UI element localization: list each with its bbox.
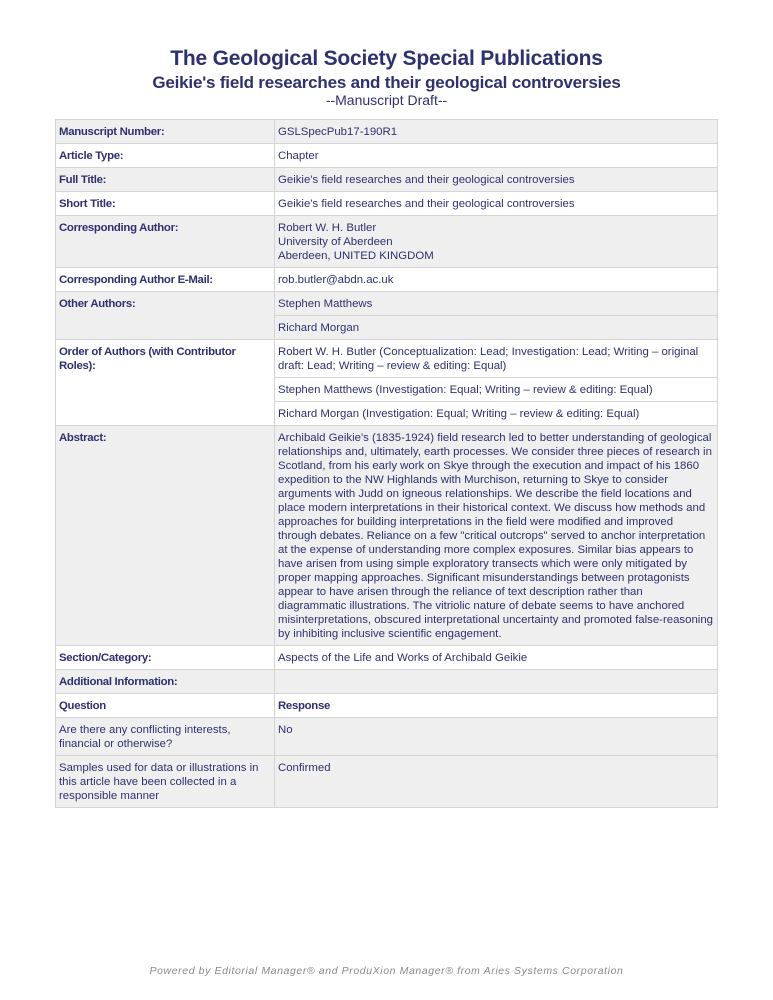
field-label: Section/Category: xyxy=(56,646,275,670)
field-label: Corresponding Author E-Mail: xyxy=(56,268,275,292)
response-text: No xyxy=(275,718,718,756)
field-label: Article Type: xyxy=(56,144,275,168)
section-category-value: Aspects of the Life and Works of Archiba… xyxy=(275,646,718,670)
field-label: Short Title: xyxy=(56,192,275,216)
article-type-value: Chapter xyxy=(275,144,718,168)
author-order-item: Richard Morgan (Investigation: Equal; Wr… xyxy=(275,402,718,426)
field-label: Corresponding Author: xyxy=(56,216,275,268)
row-full-title: Full Title: Geikie's field researches an… xyxy=(56,168,718,192)
row-corresponding-author: Corresponding Author: Robert W. H. Butle… xyxy=(56,216,718,268)
row-section-category: Section/Category: Aspects of the Life an… xyxy=(56,646,718,670)
row-manuscript-number: Manuscript Number: GSLSpecPub17-190R1 xyxy=(56,120,718,144)
question-text: Are there any conflicting interests, fin… xyxy=(56,718,275,756)
full-title-value: Geikie's field researches and their geol… xyxy=(275,168,718,192)
manuscript-number-value: GSLSpecPub17-190R1 xyxy=(275,120,718,144)
row-question: Samples used for data or illustrations i… xyxy=(56,756,718,808)
row-corresponding-email: Corresponding Author E-Mail: rob.butler@… xyxy=(56,268,718,292)
row-short-title: Short Title: Geikie's field researches a… xyxy=(56,192,718,216)
author-name: Robert W. H. Butler xyxy=(278,221,714,235)
draft-label: --Manuscript Draft-- xyxy=(0,93,773,108)
journal-title: The Geological Society Special Publicati… xyxy=(0,46,773,72)
response-column-header: Response xyxy=(275,694,718,718)
field-label: Additional Information: xyxy=(56,670,275,694)
short-title-value: Geikie's field researches and their geol… xyxy=(275,192,718,216)
abstract-value: Archibald Geikie's (1835-1924) field res… xyxy=(275,426,718,646)
author-institution: University of Aberdeen xyxy=(278,235,714,249)
author-order-item: Stephen Matthews (Investigation: Equal; … xyxy=(275,378,718,402)
row-question-header: Question Response xyxy=(56,694,718,718)
row-abstract: Abstract: Archibald Geikie's (1835-1924)… xyxy=(56,426,718,646)
other-author-item: Stephen Matthews xyxy=(275,292,718,316)
row-additional-information: Additional Information: xyxy=(56,670,718,694)
question-column-header: Question xyxy=(56,694,275,718)
response-text: Confirmed xyxy=(275,756,718,808)
additional-information-value xyxy=(275,670,718,694)
corresponding-author-value: Robert W. H. Butler University of Aberde… xyxy=(275,216,718,268)
corresponding-email-value: rob.butler@abdn.ac.uk xyxy=(275,268,718,292)
powered-by-footer: Powered by Editorial Manager® and ProduX… xyxy=(0,965,773,977)
row-other-authors: Other Authors: Stephen Matthews xyxy=(56,292,718,316)
author-order-item: Robert W. H. Butler (Conceptualization: … xyxy=(275,340,718,378)
field-label: Full Title: xyxy=(56,168,275,192)
field-label: Other Authors: xyxy=(56,292,275,340)
field-label: Manuscript Number: xyxy=(56,120,275,144)
document-header: The Geological Society Special Publicati… xyxy=(0,46,773,108)
row-article-type: Article Type: Chapter xyxy=(56,144,718,168)
question-text: Samples used for data or illustrations i… xyxy=(56,756,275,808)
row-order-of-authors: Order of Authors (with Contributor Roles… xyxy=(56,340,718,378)
row-question: Are there any conflicting interests, fin… xyxy=(56,718,718,756)
other-author-item: Richard Morgan xyxy=(275,316,718,340)
author-location: Aberdeen, UNITED KINGDOM xyxy=(278,249,714,263)
field-label: Order of Authors (with Contributor Roles… xyxy=(56,340,275,426)
manuscript-details-table: Manuscript Number: GSLSpecPub17-190R1 Ar… xyxy=(55,119,718,808)
field-label: Abstract: xyxy=(56,426,275,646)
manuscript-title: Geikie's field researches and their geol… xyxy=(0,73,773,93)
